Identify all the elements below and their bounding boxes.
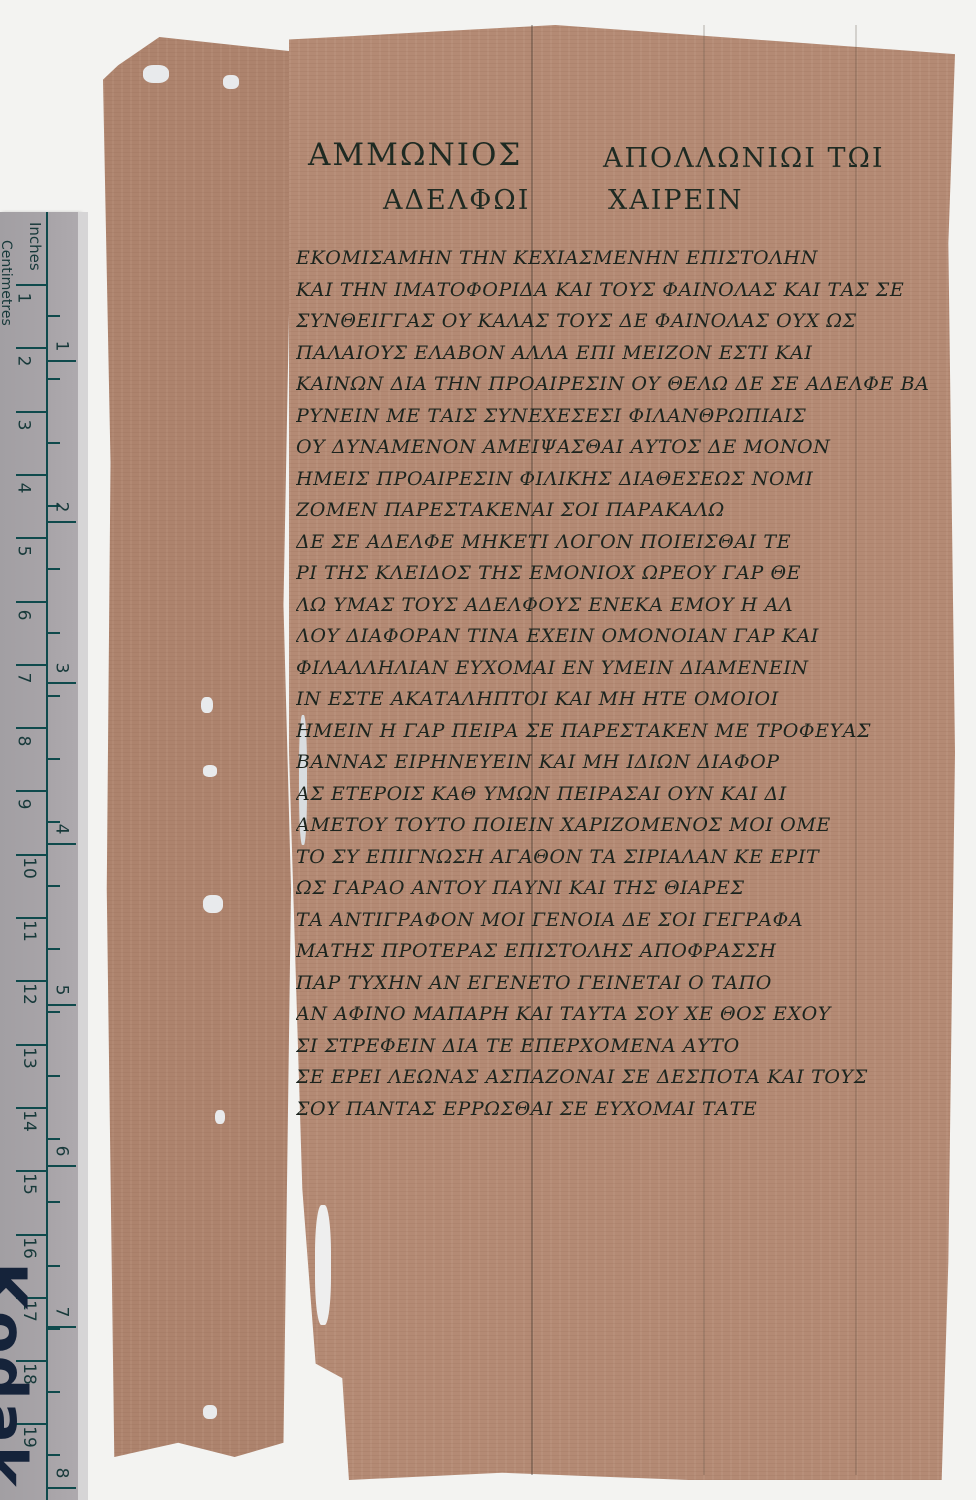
mm-half-tick [46, 1138, 60, 1140]
letter-line: ΖΟΜΕΝ ΠΑΡΕΣΤΑΚΕΝΑΙ ΣΟΙ ΠΑΡΑΚΑΛΩ [296, 495, 946, 527]
cm-tick [16, 1170, 48, 1172]
inch-tick [46, 1004, 76, 1006]
cm-tick-label: 4 [13, 482, 33, 493]
kodak-ruler: Inches Centimetres 123456789101112131415… [0, 212, 80, 1500]
letter-line: ΑΝ ΑΦΙΝΟ ΜΑΠΑΡΗ ΚΑΙ ΤΑΥΤΑ ΣΟΥ ΧΕ ΘΟΣ ΕΧΟ… [296, 999, 946, 1031]
mm-half-tick [46, 1201, 60, 1203]
cm-tick-label: 7 [13, 672, 33, 683]
inch-tick [46, 521, 76, 523]
mm-half-tick [46, 568, 60, 570]
papyrus-sheet: ΑΜΜΩΝΙΟΣ ΑΠΟΛΛΩΝΙΩΙ ΤΩΙ ΑΔΕΛΦΩΙ ΧΑΙΡΕΙΝ … [103, 25, 955, 1475]
papyrus-hole [201, 697, 213, 713]
cm-tick-label: 14 [19, 1110, 39, 1132]
letter-line: ΤΟ ΣΥ ΕΠΙΓΝΩΣΗ ΑΓΑΘΟΝ ΤΑ ΣΙΡΙΑΛΑΝ ΚΕ ΕΡΙ… [296, 842, 946, 874]
letter-line: ΩΣ ΓΑΡΑΟ ΑΝΤΟΥ ΠΑΥΝΙ ΚΑΙ ΤΗΣ ΘΙΑΡΕΣ [296, 873, 946, 905]
cm-tick [16, 1234, 48, 1236]
cm-tick-label: 13 [19, 1047, 39, 1069]
cm-tick [16, 917, 48, 919]
cm-tick-label: 9 [13, 799, 33, 810]
papyrus-hole [143, 65, 169, 83]
letter-line: ΛΟΥ ΔΙΑΦΟΡΑΝ ΤΙΝΑ ΕΧΕΙΝ ΟΜΟΝΟΙΑΝ ΓΑΡ ΚΑΙ [296, 621, 946, 653]
mm-half-tick [46, 315, 60, 317]
cm-tick-label: 16 [19, 1237, 39, 1259]
inch-tick-label: 7 [51, 1307, 71, 1318]
letter-line: ΣΕ ΕΡΕΙ ΛΕΩΝΑΣ ΑΣΠΑΖΟΝΑΙ ΣΕ ΔΕΣΠΟΤΑ ΚΑΙ … [296, 1062, 946, 1094]
cm-tick-label: 12 [19, 983, 39, 1005]
mm-half-tick [46, 632, 60, 634]
letter-line: ΣΙ ΣΤΡΕΦΕΙΝ ΔΙΑ ΤΕ ΕΠΕΡΧΟΜΕΝΑ ΑΥΤΟ [296, 1031, 946, 1063]
letter-line: ΑΣ ΕΤΕΡΟΙΣ ΚΑΘ ΥΜΩΝ ΠΕΙΡΑΣΑΙ ΟΥΝ ΚΑΙ ΔΙ [296, 779, 946, 811]
cm-tick [16, 537, 48, 539]
cm-tick-label: 2 [13, 356, 33, 367]
letter-line: ΔΕ ΣΕ ΑΔΕΛΦΕ ΜΗΚΕΤΙ ΛΟΓΟΝ ΠΟΙΕΙΣΘΑΙ ΤΕ [296, 527, 946, 559]
letter-line: ΒΑΝΝΑΣ ΕΙΡΗΝΕΥΕΙΝ ΚΑΙ ΜΗ ΙΔΙΩΝ ΔΙΑΦΟΡ [296, 747, 946, 779]
letter-line: ΣΟΥ ΠΑΝΤΑΣ ΕΡΡΩΣΘΑΙ ΣΕ ΕΥΧΟΜΑΙ ΤΑΤΕ [296, 1094, 946, 1126]
inch-tick [46, 1326, 76, 1328]
inch-tick [46, 682, 76, 684]
mm-half-tick [46, 1454, 60, 1456]
papyrus-left-strip [103, 37, 291, 1457]
letter-line: ΡΙ ΤΗΣ ΚΛΕΙΔΟΣ ΤΗΣ ΕΜΟΝΙΟΧ ΩΡΕΟΥ ΓΑΡ ΘΕ [296, 558, 946, 590]
cm-tick-label: 15 [19, 1173, 39, 1195]
letter-line: ΙΝ ΕΣΤΕ ΑΚΑΤΑΛΗΠΤΟΙ ΚΑΙ ΜΗ ΗΤΕ ΟΜΟΙΟΙ [296, 684, 946, 716]
mm-half-tick [46, 1265, 60, 1267]
papyrus-crack [315, 1205, 331, 1325]
papyrus-hole [215, 1110, 225, 1124]
inch-tick-label: 2 [51, 502, 71, 513]
mm-half-tick [46, 442, 60, 444]
letter-line: ΤΑ ΑΝΤΙΓΡΑΦΟΝ ΜΟΙ ΓΕΝΟΙΑ ΔΕ ΣΟΙ ΓΕΓΡΑΦΑ [296, 905, 946, 937]
letter-line: ΣΥΝΘΕΙΓΓΑΣ ΟΥ ΚΑΛΑΣ ΤΟΥΣ ΔΕ ΦΑΙΝΟΛΑΣ ΟΥΧ… [296, 306, 946, 338]
papyrus-hole [203, 765, 217, 777]
letter-line: ΑΜΕΤΟΥ ΤΟΥΤΟ ΠΟΙΕΙΝ ΧΑΡΙΖΟΜΕΝΟΣ ΜΟΙ ΟΜΕ [296, 810, 946, 842]
letter-line: ΠΑΡ ΤΥΧΗΝ ΑΝ ΕΓΕΝΕΤΟ ΓΕΙΝΕΤΑΙ Ο ΤΑΠΟ [296, 968, 946, 1000]
letter-line: ΗΜΕΙΣ ΠΡΟΑΙΡΕΣΙΝ ΦΙΛΙΚΗΣ ΔΙΑΘΕΣΕΩΣ ΝΟΜΙ [296, 464, 946, 496]
inch-tick [46, 360, 76, 362]
cm-tick [16, 854, 48, 856]
cm-tick [16, 411, 48, 413]
cm-tick-label: 5 [13, 546, 33, 557]
greeting-word-2: ΧΑΙΡΕΙΝ [608, 185, 744, 216]
inch-tick-label: 8 [51, 1468, 71, 1479]
inch-tick [46, 1487, 76, 1489]
mm-half-tick [46, 695, 60, 697]
mm-half-tick [46, 758, 60, 760]
cm-tick [16, 790, 48, 792]
mm-half-tick [46, 1328, 60, 1330]
letter-line: ΟΥ ΔΥΝΑΜΕΝΟΝ ΑΜΕΙΨΑΣΘΑΙ ΑΥΤΟΣ ΔΕ ΜΟΝΟΝ [296, 432, 946, 464]
cm-tick-label: 8 [13, 736, 33, 747]
mm-half-tick [46, 1011, 60, 1013]
cm-tick [16, 980, 48, 982]
mm-half-tick [46, 948, 60, 950]
papyrus-hole [203, 1405, 217, 1419]
recipient-name: ΑΠΟΛΛΩΝΙΩΙ ΤΩΙ [603, 143, 885, 174]
inch-tick [46, 843, 76, 845]
letter-line: ΚΑΙΝΩΝ ΔΙΑ ΤΗΝ ΠΡΟΑΙΡΕΣΙΝ ΟΥ ΘΕΛΩ ΔΕ ΣΕ … [296, 369, 946, 401]
cm-tick-label: 11 [19, 920, 39, 942]
papyrus-hole [223, 75, 239, 89]
papyrus-hole [203, 895, 223, 913]
cm-tick-label: 10 [19, 857, 39, 879]
letter-line: ΛΩ ΥΜΑΣ ΤΟΥΣ ΑΔΕΛΦΟΥΣ ΕΝΕΚΑ ΕΜΟΥ Η ΑΛ [296, 590, 946, 622]
kodak-brand-label: Kodak [0, 1262, 40, 1489]
cm-tick [16, 284, 48, 286]
letter-line: ΡΥΝΕΙΝ ΜΕ ΤΑΙΣ ΣΥΝΕΧΕΣΕΣΙ ΦΙΛΑΝΘΡΩΠΙΑΙΣ [296, 401, 946, 433]
letter-body: ΕΚΟΜΙΣΑΜΗΝ ΤΗΝ ΚΕΧΙΑΣΜΕΝΗΝ ΕΠΙΣΤΟΛΗΝΚΑΙ … [296, 243, 946, 1125]
greeting-word-1: ΑΔΕΛΦΩΙ [383, 185, 530, 216]
inch-tick [46, 1165, 76, 1167]
letter-line: ΦΙΛΑΛΛΗΛΙΑΝ ΕΥΧΟΜΑΙ ΕΝ ΥΜΕΙΝ ΔΙΑΜΕΝΕΙΝ [296, 653, 946, 685]
mm-half-tick [46, 885, 60, 887]
letter-line: ΗΜΕΙΝ Η ΓΑΡ ΠΕΙΡΑ ΣΕ ΠΑΡΕΣΤΑΚΕΝ ΜΕ ΤΡΟΦΕ… [296, 716, 946, 748]
cm-tick-label: 6 [13, 609, 33, 620]
inch-tick-label: 1 [51, 341, 71, 352]
cm-tick [16, 601, 48, 603]
centimetres-label: Centimetres [0, 240, 14, 326]
cm-tick [16, 474, 48, 476]
inches-label: Inches [26, 222, 44, 271]
cm-tick-label: 1 [13, 293, 33, 304]
mm-half-tick [46, 378, 60, 380]
inch-tick-label: 5 [51, 985, 71, 996]
letter-line: ΚΑΙ ΤΗΝ ΙΜΑΤΟΦΟΡΙΔΑ ΚΑΙ ΤΟΥΣ ΦΑΙΝΟΛΑΣ ΚΑ… [296, 275, 946, 307]
letter-line: ΠΑΛΑΙΟΥΣ ΕΛΑΒΟΝ ΑΛΛΑ ΕΠΙ ΜΕΙΖΟΝ ΕΣΤΙ ΚΑΙ [296, 338, 946, 370]
mm-half-tick [46, 1075, 60, 1077]
inch-tick-label: 4 [51, 824, 71, 835]
sender-name: ΑΜΜΩΝΙΟΣ [308, 137, 522, 173]
inch-tick-label: 3 [51, 663, 71, 674]
inch-tick-label: 6 [51, 1146, 71, 1157]
ruler-axis [46, 212, 48, 1500]
cm-tick [16, 727, 48, 729]
cm-tick-label: 3 [13, 419, 33, 430]
cm-tick [16, 1107, 48, 1109]
cm-tick [16, 664, 48, 666]
cm-tick [16, 1044, 48, 1046]
ruler-edge [78, 212, 88, 1500]
letter-line: ΜΑΤΗΣ ΠΡΟΤΕΡΑΣ ΕΠΙΣΤΟΛΗΣ ΑΠΟΦΡΑΣΣΗ [296, 936, 946, 968]
letter-line: ΕΚΟΜΙΣΑΜΗΝ ΤΗΝ ΚΕΧΙΑΣΜΕΝΗΝ ΕΠΙΣΤΟΛΗΝ [296, 243, 946, 275]
cm-tick [16, 347, 48, 349]
mm-half-tick [46, 1391, 60, 1393]
